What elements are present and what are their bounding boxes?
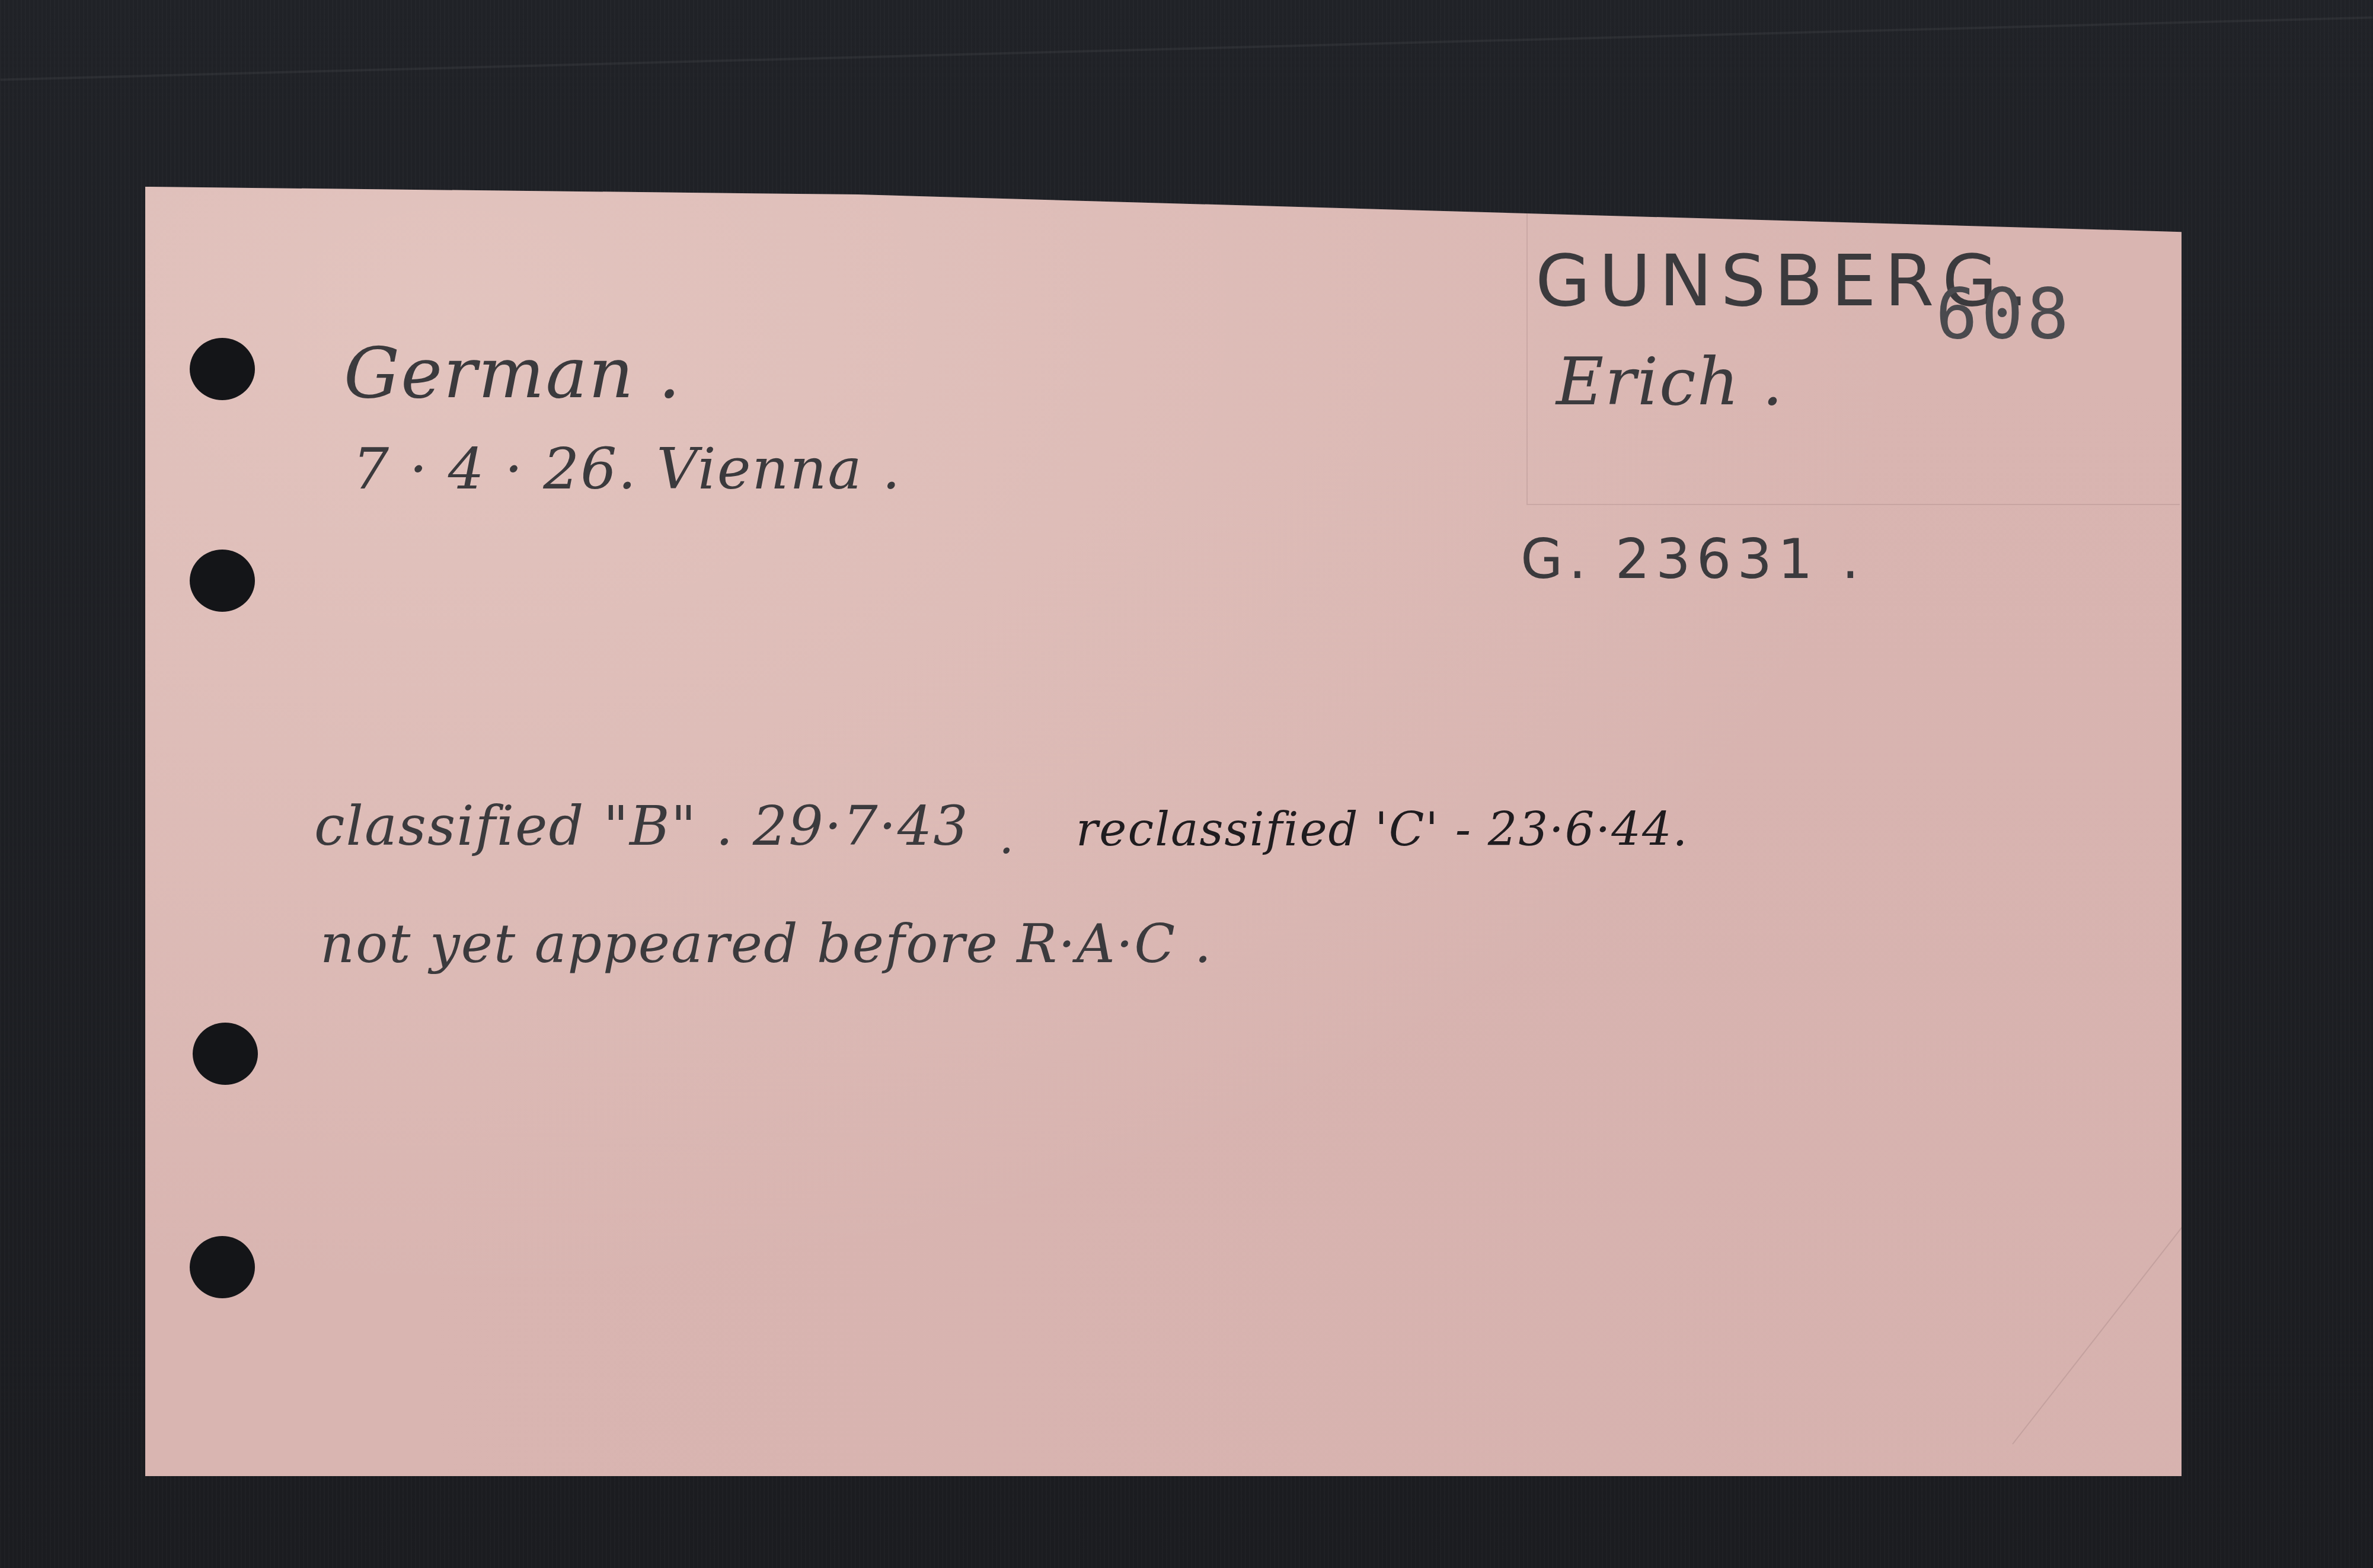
punch-hole xyxy=(190,338,255,400)
classification-dot: . xyxy=(999,809,1015,864)
tribunal-status-note: not yet appeared before R·A·C . xyxy=(320,913,1212,975)
corner-crease xyxy=(2012,1219,2188,1444)
backing-board-fold xyxy=(1,17,2373,81)
nationality: German . xyxy=(344,332,682,414)
punch-hole xyxy=(190,1236,255,1298)
reclassification-note: reclassified 'C' - 23·6·44. xyxy=(1076,803,1688,857)
card-number: 608 xyxy=(1936,273,2072,355)
index-card: German . 7 · 4 · 26. Vienna . GUNSBERG. … xyxy=(145,187,2182,1476)
given-name: Erich . xyxy=(1556,344,1784,420)
punch-hole xyxy=(190,550,255,612)
punch-hole xyxy=(193,1023,258,1085)
classification-note: classified "B" . 29·7·43 xyxy=(314,794,969,858)
birth-date-place: 7 · 4 · 26. Vienna . xyxy=(353,436,902,502)
reference-number: G. 23631 . xyxy=(1521,528,1865,591)
